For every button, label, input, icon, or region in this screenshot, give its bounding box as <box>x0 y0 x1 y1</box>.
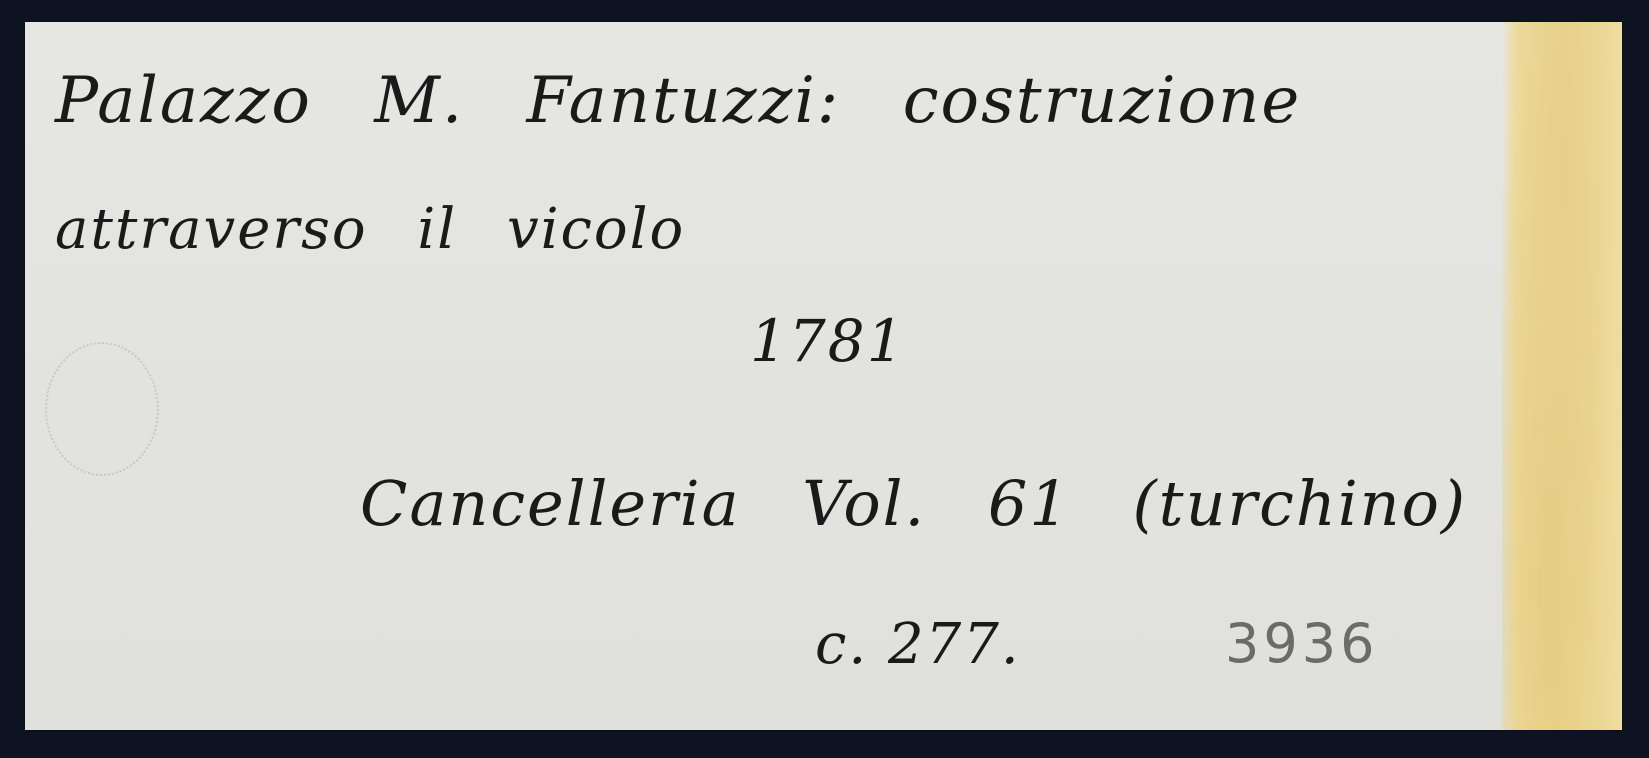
handwritten-archive-reference: Cancelleria Vol. 61 (turchino) <box>360 467 1467 540</box>
archival-card: Palazzo M. Fantuzzi: costruzione attrave… <box>25 22 1622 730</box>
handwritten-line-subtitle: attraverso il vicolo <box>55 197 685 262</box>
dark-background-frame: Palazzo M. Fantuzzi: costruzione attrave… <box>0 0 1649 758</box>
handwritten-year: 1781 <box>750 307 906 375</box>
pencil-catalog-number: 3936 <box>1225 612 1378 675</box>
handwritten-line-title: Palazzo M. Fantuzzi: costruzione <box>55 64 1301 138</box>
handwritten-folio: c. 277. <box>815 612 1021 677</box>
yellow-stain-strip <box>1502 22 1622 730</box>
faded-circular-stamp <box>45 342 159 476</box>
